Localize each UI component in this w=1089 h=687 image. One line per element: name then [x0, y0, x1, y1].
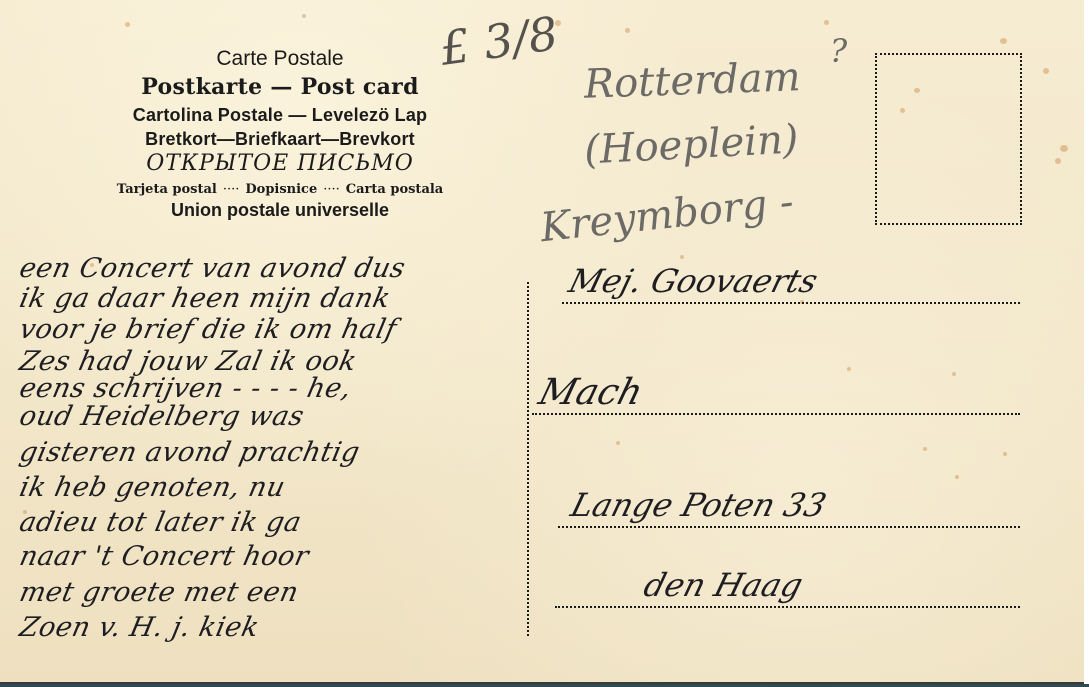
- message-line: naar 't Concert hoor: [17, 541, 312, 572]
- header-tarjeta: Tarjeta postal: [117, 182, 217, 197]
- message-line: eens schrijven - - - - he,: [17, 373, 355, 404]
- address-street: Lange Poten 33: [567, 486, 831, 524]
- foxing-spot: [1000, 38, 1007, 44]
- header-cartolina: Cartolina Postale — Levelezö Lap: [40, 105, 520, 126]
- vertical-divider: [527, 282, 529, 636]
- address-rule-1: [562, 302, 1020, 304]
- message-line: Zoen v. H. j. kiek: [17, 612, 262, 643]
- foxing-spot: [625, 28, 630, 33]
- stamp-box: [875, 53, 1022, 225]
- foxing-spot: [824, 20, 829, 25]
- header-carta-postala: Carta postala: [346, 182, 443, 197]
- address-rule-3: [558, 526, 1020, 528]
- foxing-spot: [680, 255, 684, 259]
- foxing-spot: [1060, 145, 1068, 152]
- message-line: oud Heidelberg was: [17, 401, 307, 432]
- header-cyrillic: ОТКРЫТОЕ ПИСЬМО: [40, 151, 520, 176]
- message-line: voor je brief die ik om half: [17, 314, 400, 345]
- foxing-spot: [125, 22, 130, 27]
- foxing-spot: [955, 475, 959, 479]
- header-tarjeta-line: Tarjeta postal····Dopisnice····Carta pos…: [40, 182, 520, 197]
- scan-edge-right: [1084, 0, 1089, 687]
- header-separator: ····: [223, 182, 240, 197]
- header-separator: ····: [323, 182, 340, 197]
- address-rule-2: [532, 413, 1020, 415]
- message-line: adieu tot later ik ga: [17, 507, 305, 538]
- message-line: gisteren avond prachtig: [17, 437, 363, 468]
- header-bretkort: Bretkort—Briefkaart—Brevkort: [40, 129, 520, 150]
- header-union-postale: Union postale universelle: [40, 200, 520, 221]
- foxing-spot: [616, 441, 620, 445]
- address-line-mach: Mach: [535, 372, 648, 413]
- pencil-location-square: (Hoeplein): [583, 116, 800, 173]
- message-line: ik ga daar heen mijn dank: [17, 283, 394, 314]
- foxing-spot: [1055, 158, 1061, 164]
- foxing-spot: [1003, 452, 1007, 456]
- address-recipient: Mej. Goovaerts: [565, 262, 822, 300]
- foxing-spot: [1043, 68, 1049, 74]
- message-line: met groete met een: [17, 577, 302, 608]
- pencil-location-city: Rotterdam: [583, 54, 801, 108]
- address-city: den Haag: [640, 566, 807, 604]
- foxing-spot: [302, 14, 306, 18]
- foxing-spot: [847, 367, 851, 371]
- foxing-spot: [923, 447, 927, 451]
- foxing-spot: [952, 372, 956, 376]
- pencil-question-mark: ?: [830, 32, 847, 70]
- address-rule-4: [555, 606, 1020, 608]
- header-postkarte: Postkarte — Post card: [40, 74, 520, 100]
- pencil-price-note: £ 3/8: [437, 6, 561, 76]
- message-line: ik heb genoten, nu: [17, 472, 288, 503]
- header-dopisnice: Dopisnice: [245, 182, 317, 197]
- postcard: Carte Postale Postkarte — Post card Cart…: [0, 0, 1086, 684]
- message-line: een Concert van avond dus: [17, 253, 408, 284]
- pencil-location-name: Kreymborg -: [538, 179, 795, 251]
